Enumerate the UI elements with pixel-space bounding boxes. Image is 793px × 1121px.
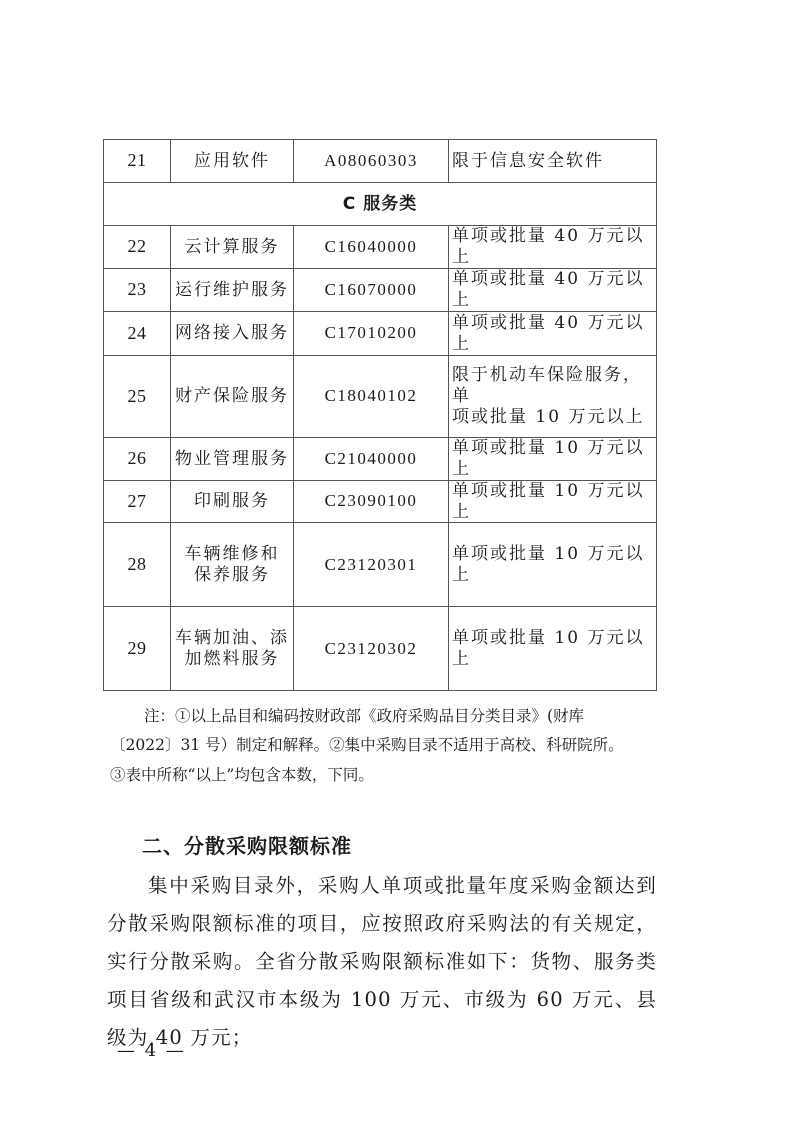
item-number: 27: [104, 481, 171, 523]
category-row: C 服务类: [104, 183, 657, 226]
footnote-line: 〔2022〕31 号）制定和解释。②集中采购目录不适用于高校、科研院所。: [110, 731, 655, 760]
item-remark-line: 项或批量 10 万元以上: [452, 407, 656, 428]
table-row: 26物业管理服务C21040000单项或批量 10 万元以上: [104, 438, 657, 481]
item-remark: 单项或批量 10 万元以上: [449, 438, 657, 481]
item-remark-line: 单项或批量 40 万元以上: [452, 313, 656, 354]
item-remark-line: 限于信息安全软件: [452, 151, 656, 172]
item-name-line: 运行维护服务: [171, 280, 293, 301]
item-name-line: 保养服务: [171, 565, 293, 586]
item-remark-line: 限于机动车保险服务，单: [452, 365, 656, 406]
item-name-line: 物业管理服务: [171, 449, 293, 470]
table-row: 21应用软件A08060303限于信息安全软件: [104, 140, 657, 183]
section-paragraph: 集中采购目录外，采购人单项或批量年度采购金额达到分散采购限额标准的项目，应按照政…: [107, 867, 657, 1057]
item-remark-line: 单项或批量 10 万元以上: [452, 544, 656, 585]
item-number: 29: [104, 607, 171, 691]
item-name-line: 印刷服务: [171, 491, 293, 512]
item-name: 车辆加油、添加燃料服务: [171, 607, 294, 691]
table-row: 27印刷服务C23090100单项或批量 10 万元以上: [104, 481, 657, 523]
table-row: 29车辆加油、添加燃料服务C23120302单项或批量 10 万元以上: [104, 607, 657, 691]
procurement-catalog-table: 21应用软件A08060303限于信息安全软件C 服务类22云计算服务C1604…: [103, 139, 657, 691]
item-code: C16040000: [294, 226, 449, 269]
item-name: 云计算服务: [171, 226, 294, 269]
item-name: 财产保险服务: [171, 356, 294, 438]
item-remark: 单项或批量 10 万元以上: [449, 607, 657, 691]
item-code: A08060303: [294, 140, 449, 183]
item-remark-line: 单项或批量 10 万元以上: [452, 481, 656, 522]
item-name: 车辆维修和保养服务: [171, 523, 294, 607]
item-remark-line: 单项或批量 10 万元以上: [452, 628, 656, 669]
item-code: C23090100: [294, 481, 449, 523]
item-name-line: 云计算服务: [171, 237, 293, 258]
item-remark: 单项或批量 10 万元以上: [449, 481, 657, 523]
item-name-line: 财产保险服务: [171, 386, 293, 407]
item-name: 应用软件: [171, 140, 294, 183]
item-name-line: 车辆加油、添: [171, 628, 293, 649]
table-footnote: 注：①以上品目和编码按财政部《政府采购品目分类目录》(财库 〔2022〕31 号…: [110, 702, 655, 790]
item-remark: 单项或批量 40 万元以上: [449, 269, 657, 312]
item-name: 物业管理服务: [171, 438, 294, 481]
item-code: C18040102: [294, 356, 449, 438]
page-number: — 4 —: [117, 1040, 186, 1061]
table-row: 23运行维护服务C16070000单项或批量 40 万元以上: [104, 269, 657, 312]
footnote-line: 注：①以上品目和编码按财政部《政府采购品目分类目录》(财库: [110, 702, 655, 731]
item-name-line: 加燃料服务: [171, 649, 293, 670]
item-number: 21: [104, 140, 171, 183]
item-number: 22: [104, 226, 171, 269]
item-remark-line: 单项或批量 10 万元以上: [452, 438, 656, 479]
table-body: 21应用软件A08060303限于信息安全软件C 服务类22云计算服务C1604…: [104, 140, 657, 691]
table-row: 22云计算服务C16040000单项或批量 40 万元以上: [104, 226, 657, 269]
table-row: 24网络接入服务C17010200单项或批量 40 万元以上: [104, 312, 657, 356]
item-name: 印刷服务: [171, 481, 294, 523]
item-remark-line: 单项或批量 40 万元以上: [452, 226, 656, 267]
item-name-line: 应用软件: [171, 151, 293, 172]
item-name-line: 网络接入服务: [171, 323, 293, 344]
item-code: C21040000: [294, 438, 449, 481]
category-label: C 服务类: [104, 183, 657, 226]
item-remark-line: 单项或批量 40 万元以上: [452, 269, 656, 310]
item-remark: 限于机动车保险服务，单项或批量 10 万元以上: [449, 356, 657, 438]
item-name-line: 车辆维修和: [171, 544, 293, 565]
item-number: 25: [104, 356, 171, 438]
table-row: 28车辆维修和保养服务C23120301单项或批量 10 万元以上: [104, 523, 657, 607]
footnote-line: ③表中所称“以上”均包含本数，下同。: [110, 761, 655, 790]
item-remark: 单项或批量 40 万元以上: [449, 312, 657, 356]
section-heading: 二、分散采购限额标准: [142, 830, 352, 859]
item-code: C17010200: [294, 312, 449, 356]
item-remark: 单项或批量 40 万元以上: [449, 226, 657, 269]
item-number: 23: [104, 269, 171, 312]
paragraph-text: 集中采购目录外，采购人单项或批量年度采购金额达到分散采购限额标准的项目，应按照政…: [107, 867, 657, 1057]
item-name: 运行维护服务: [171, 269, 294, 312]
item-code: C23120301: [294, 523, 449, 607]
item-name: 网络接入服务: [171, 312, 294, 356]
table-row: 25财产保险服务C18040102限于机动车保险服务，单项或批量 10 万元以上: [104, 356, 657, 438]
item-remark: 单项或批量 10 万元以上: [449, 523, 657, 607]
item-code: C16070000: [294, 269, 449, 312]
item-number: 28: [104, 523, 171, 607]
item-number: 24: [104, 312, 171, 356]
item-number: 26: [104, 438, 171, 481]
item-remark: 限于信息安全软件: [449, 140, 657, 183]
item-code: C23120302: [294, 607, 449, 691]
